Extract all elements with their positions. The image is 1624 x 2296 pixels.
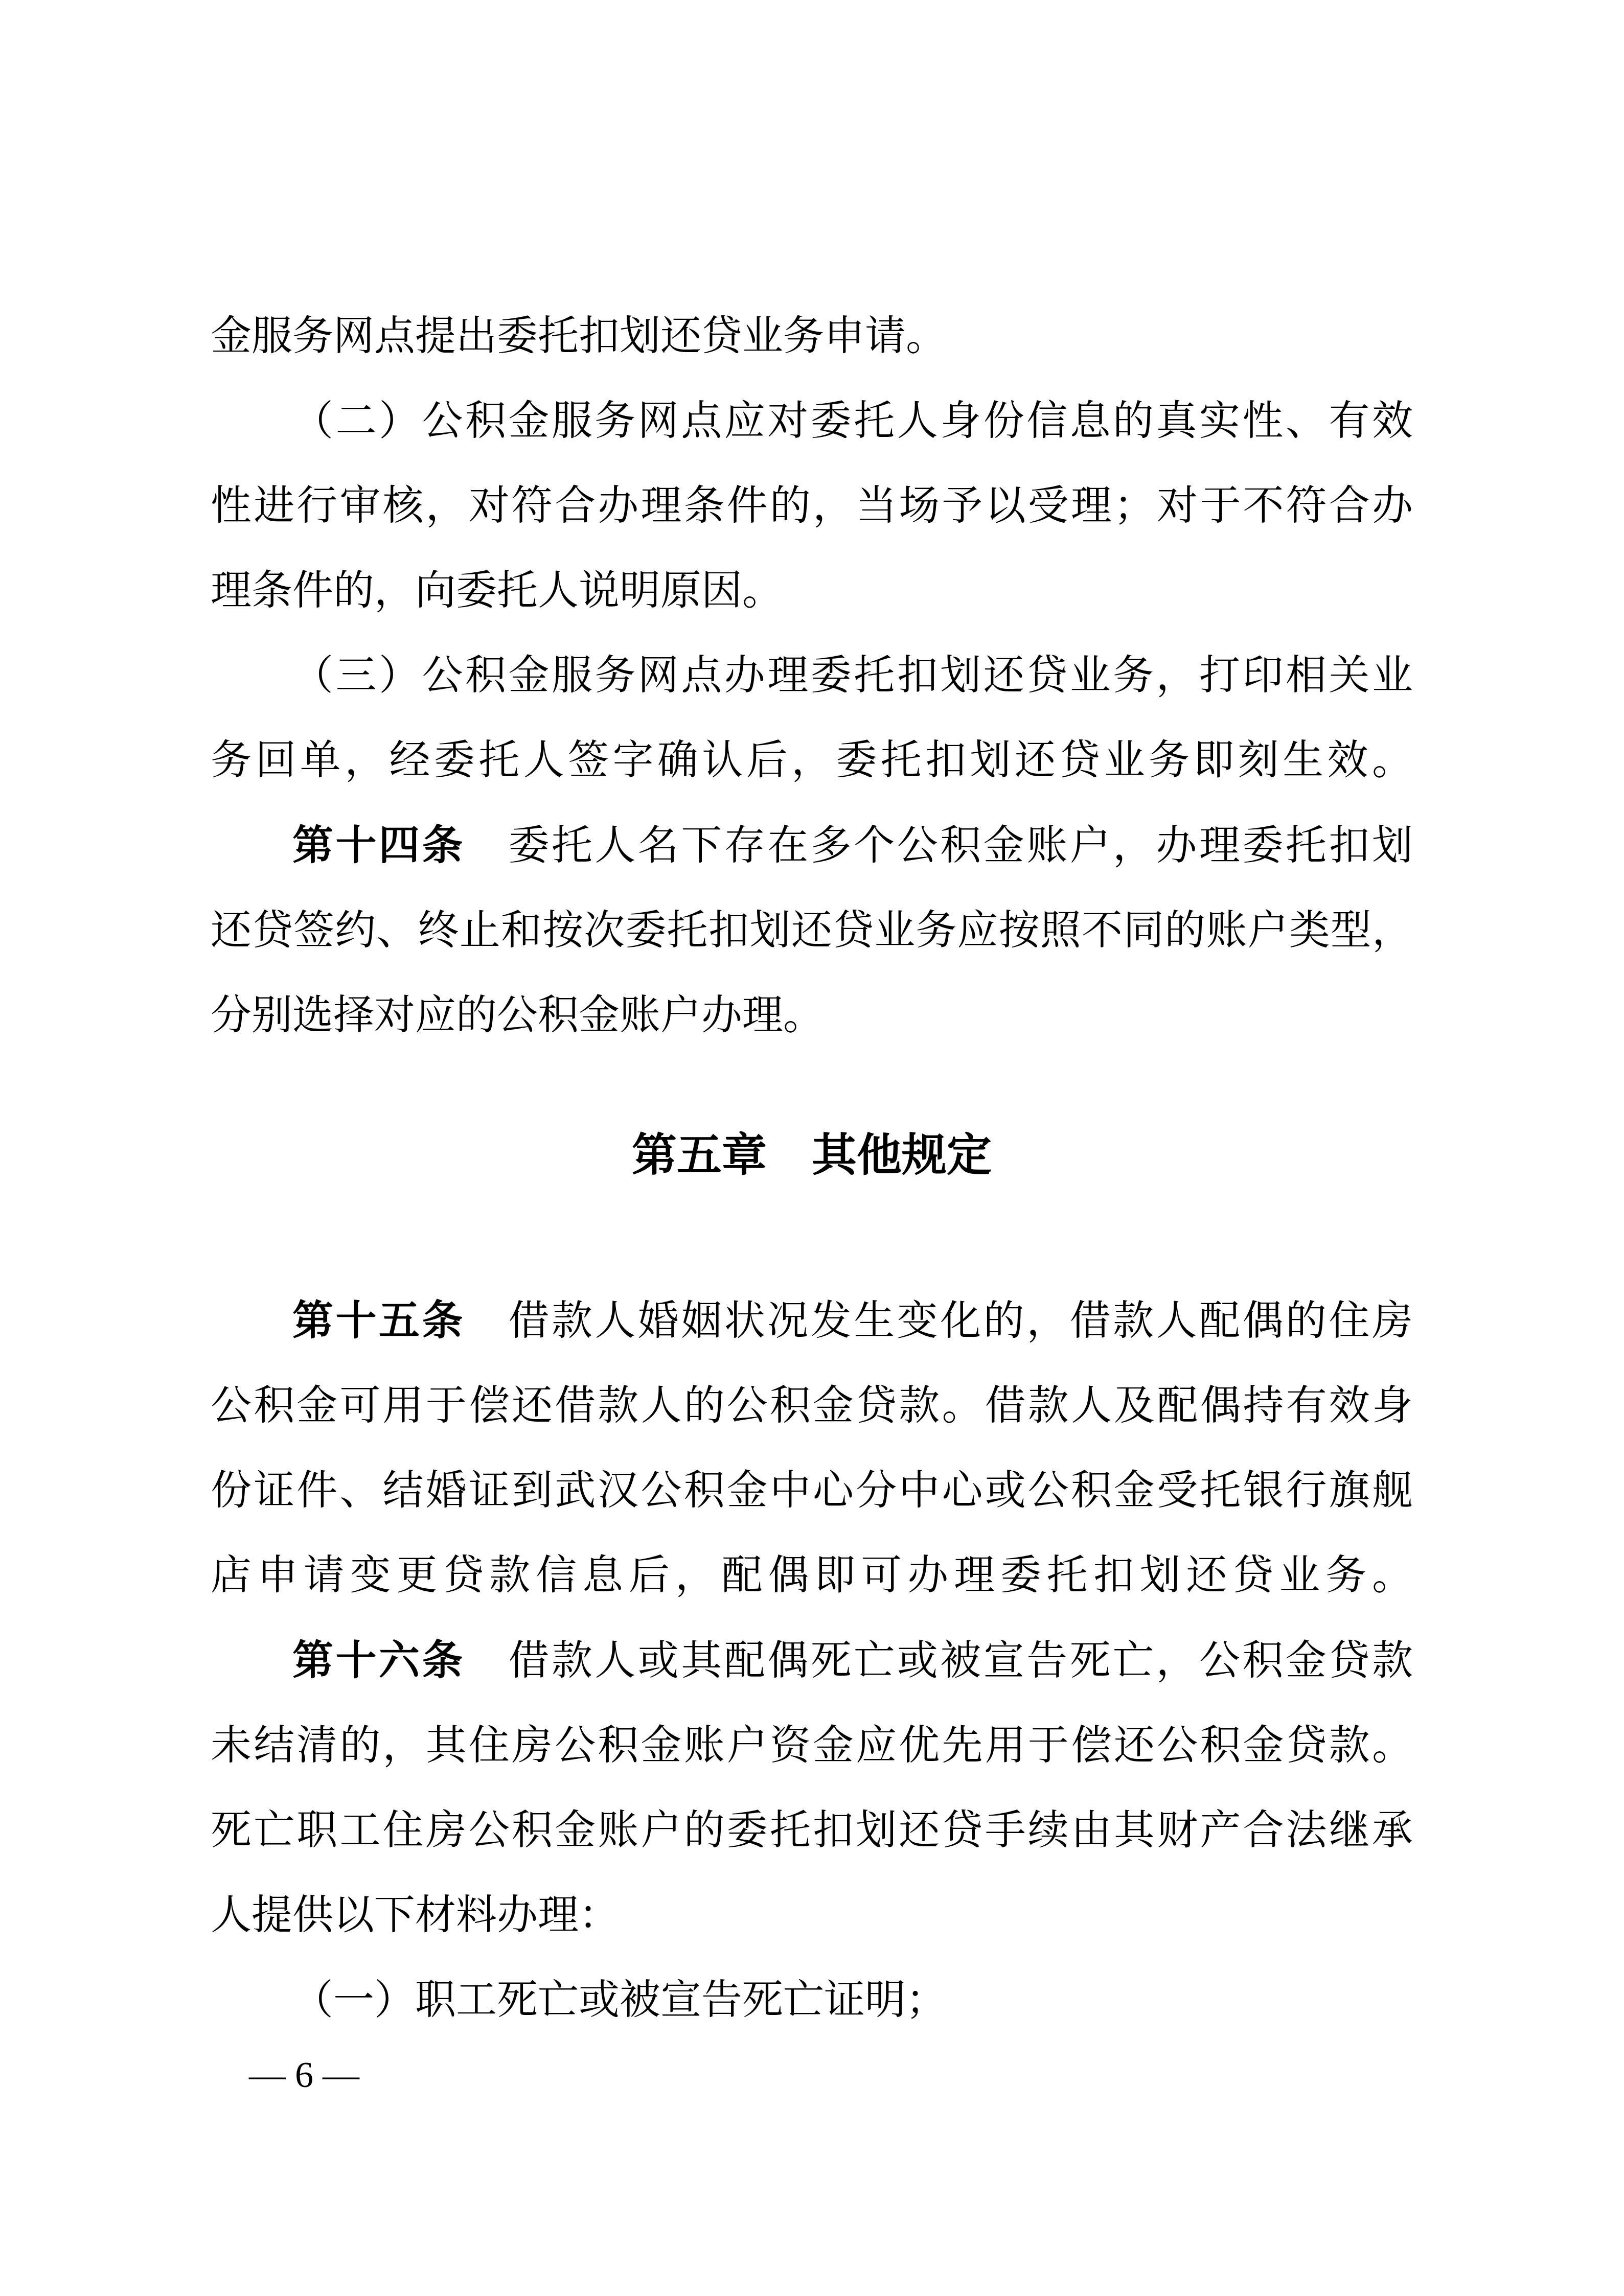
text-line: 第十六条 借款人或其配偶死亡或被宣告死亡，公积金贷款 bbox=[211, 1618, 1413, 1703]
text-run: 还贷签约、终止和按次委托扣划还贷业务应按照不同的账户类型， bbox=[211, 908, 1413, 953]
article-number: 第十四条 bbox=[292, 822, 465, 868]
text-line: 还贷签约、终止和按次委托扣划还贷业务应按照不同的账户类型， bbox=[211, 888, 1413, 973]
text-run: 借款人或其配偶死亡或被宣告死亡，公积金贷款 bbox=[465, 1638, 1413, 1683]
text-line: 分别选择对应的公积金账户办理。 bbox=[211, 973, 1413, 1058]
text-line: 人提供以下材料办理： bbox=[211, 1873, 1413, 1958]
text-run: （一）职工死亡或被宣告死亡证明； bbox=[292, 1978, 947, 2023]
text-run: 未结清的，其住房公积金账户资金应优先用于偿还公积金贷款。 bbox=[211, 1723, 1413, 1768]
text-run: 死亡职工住房公积金账户的委托扣划还贷手续由其财产合法继承 bbox=[211, 1808, 1413, 1853]
chapter-title-text: 第五章 其他规定 bbox=[632, 1129, 992, 1180]
text-line: 份证件、结婚证到武汉公积金中心分中心或公积金受托银行旗舰 bbox=[211, 1448, 1413, 1533]
page-number: — 6 — bbox=[249, 2055, 359, 2094]
text-line: 第十五条 借款人婚姻状况发生变化的，借款人配偶的住房 bbox=[211, 1278, 1413, 1363]
text-run: （二）公积金服务网点应对委托人身份信息的真实性、有效 bbox=[292, 399, 1413, 444]
text-run: 委托人名下存在多个公积金账户，办理委托扣划 bbox=[465, 823, 1413, 868]
text-line: 店申请变更贷款信息后，配偶即可办理委托扣划还贷业务。 bbox=[211, 1533, 1413, 1618]
document-body: 金服务网点提出委托扣划还贷业务申请。（二）公积金服务网点应对委托人身份信息的真实… bbox=[211, 294, 1413, 2043]
text-run: 人提供以下材料办理： bbox=[211, 1893, 620, 1938]
text-run: 店申请变更贷款信息后，配偶即可办理委托扣划还贷业务。 bbox=[211, 1553, 1413, 1598]
page: 金服务网点提出委托扣划还贷业务申请。（二）公积金服务网点应对委托人身份信息的真实… bbox=[0, 0, 1624, 2296]
text-line: 性进行审核，对符合办理条件的，当场予以受理；对于不符合办 bbox=[211, 463, 1413, 548]
text-run: 性进行审核，对符合办理条件的，当场予以受理；对于不符合办 bbox=[211, 483, 1413, 528]
text-line: 第十四条 委托人名下存在多个公积金账户，办理委托扣划 bbox=[211, 803, 1413, 888]
article-number: 第十六条 bbox=[292, 1637, 465, 1683]
text-run: 份证件、结婚证到武汉公积金中心分中心或公积金受托银行旗舰 bbox=[211, 1468, 1413, 1513]
text-run: 公积金可用于偿还借款人的公积金贷款。借款人及配偶持有效身 bbox=[211, 1383, 1413, 1428]
text-line: 理条件的，向委托人说明原因。 bbox=[211, 548, 1413, 633]
text-line: （三）公积金服务网点办理委托扣划还贷业务，打印相关业 bbox=[211, 633, 1413, 718]
text-run: 分别选择对应的公积金账户办理。 bbox=[211, 993, 824, 1038]
chapter-heading: 第五章 其他规定 bbox=[211, 1112, 1413, 1197]
text-run: 务回单，经委托人签字确认后，委托扣划还贷业务即刻生效。 bbox=[211, 738, 1413, 783]
text-line: 死亡职工住房公积金账户的委托扣划还贷手续由其财产合法继承 bbox=[211, 1788, 1413, 1873]
text-run: 理条件的，向委托人说明原因。 bbox=[211, 568, 783, 613]
text-line: （一）职工死亡或被宣告死亡证明； bbox=[211, 1958, 1413, 2043]
text-line: 公积金可用于偿还借款人的公积金贷款。借款人及配偶持有效身 bbox=[211, 1363, 1413, 1448]
text-line: （二）公积金服务网点应对委托人身份信息的真实性、有效 bbox=[211, 379, 1413, 463]
text-line: 未结清的，其住房公积金账户资金应优先用于偿还公积金贷款。 bbox=[211, 1703, 1413, 1788]
article-number: 第十五条 bbox=[292, 1297, 465, 1343]
text-run: （三）公积金服务网点办理委托扣划还贷业务，打印相关业 bbox=[292, 653, 1413, 698]
text-line: 务回单，经委托人签字确认后，委托扣划还贷业务即刻生效。 bbox=[211, 718, 1413, 803]
text-run: 借款人婚姻状况发生变化的，借款人配偶的住房 bbox=[465, 1298, 1413, 1343]
text-line: 金服务网点提出委托扣划还贷业务申请。 bbox=[211, 294, 1413, 379]
text-run: 金服务网点提出委托扣划还贷业务申请。 bbox=[211, 314, 947, 359]
